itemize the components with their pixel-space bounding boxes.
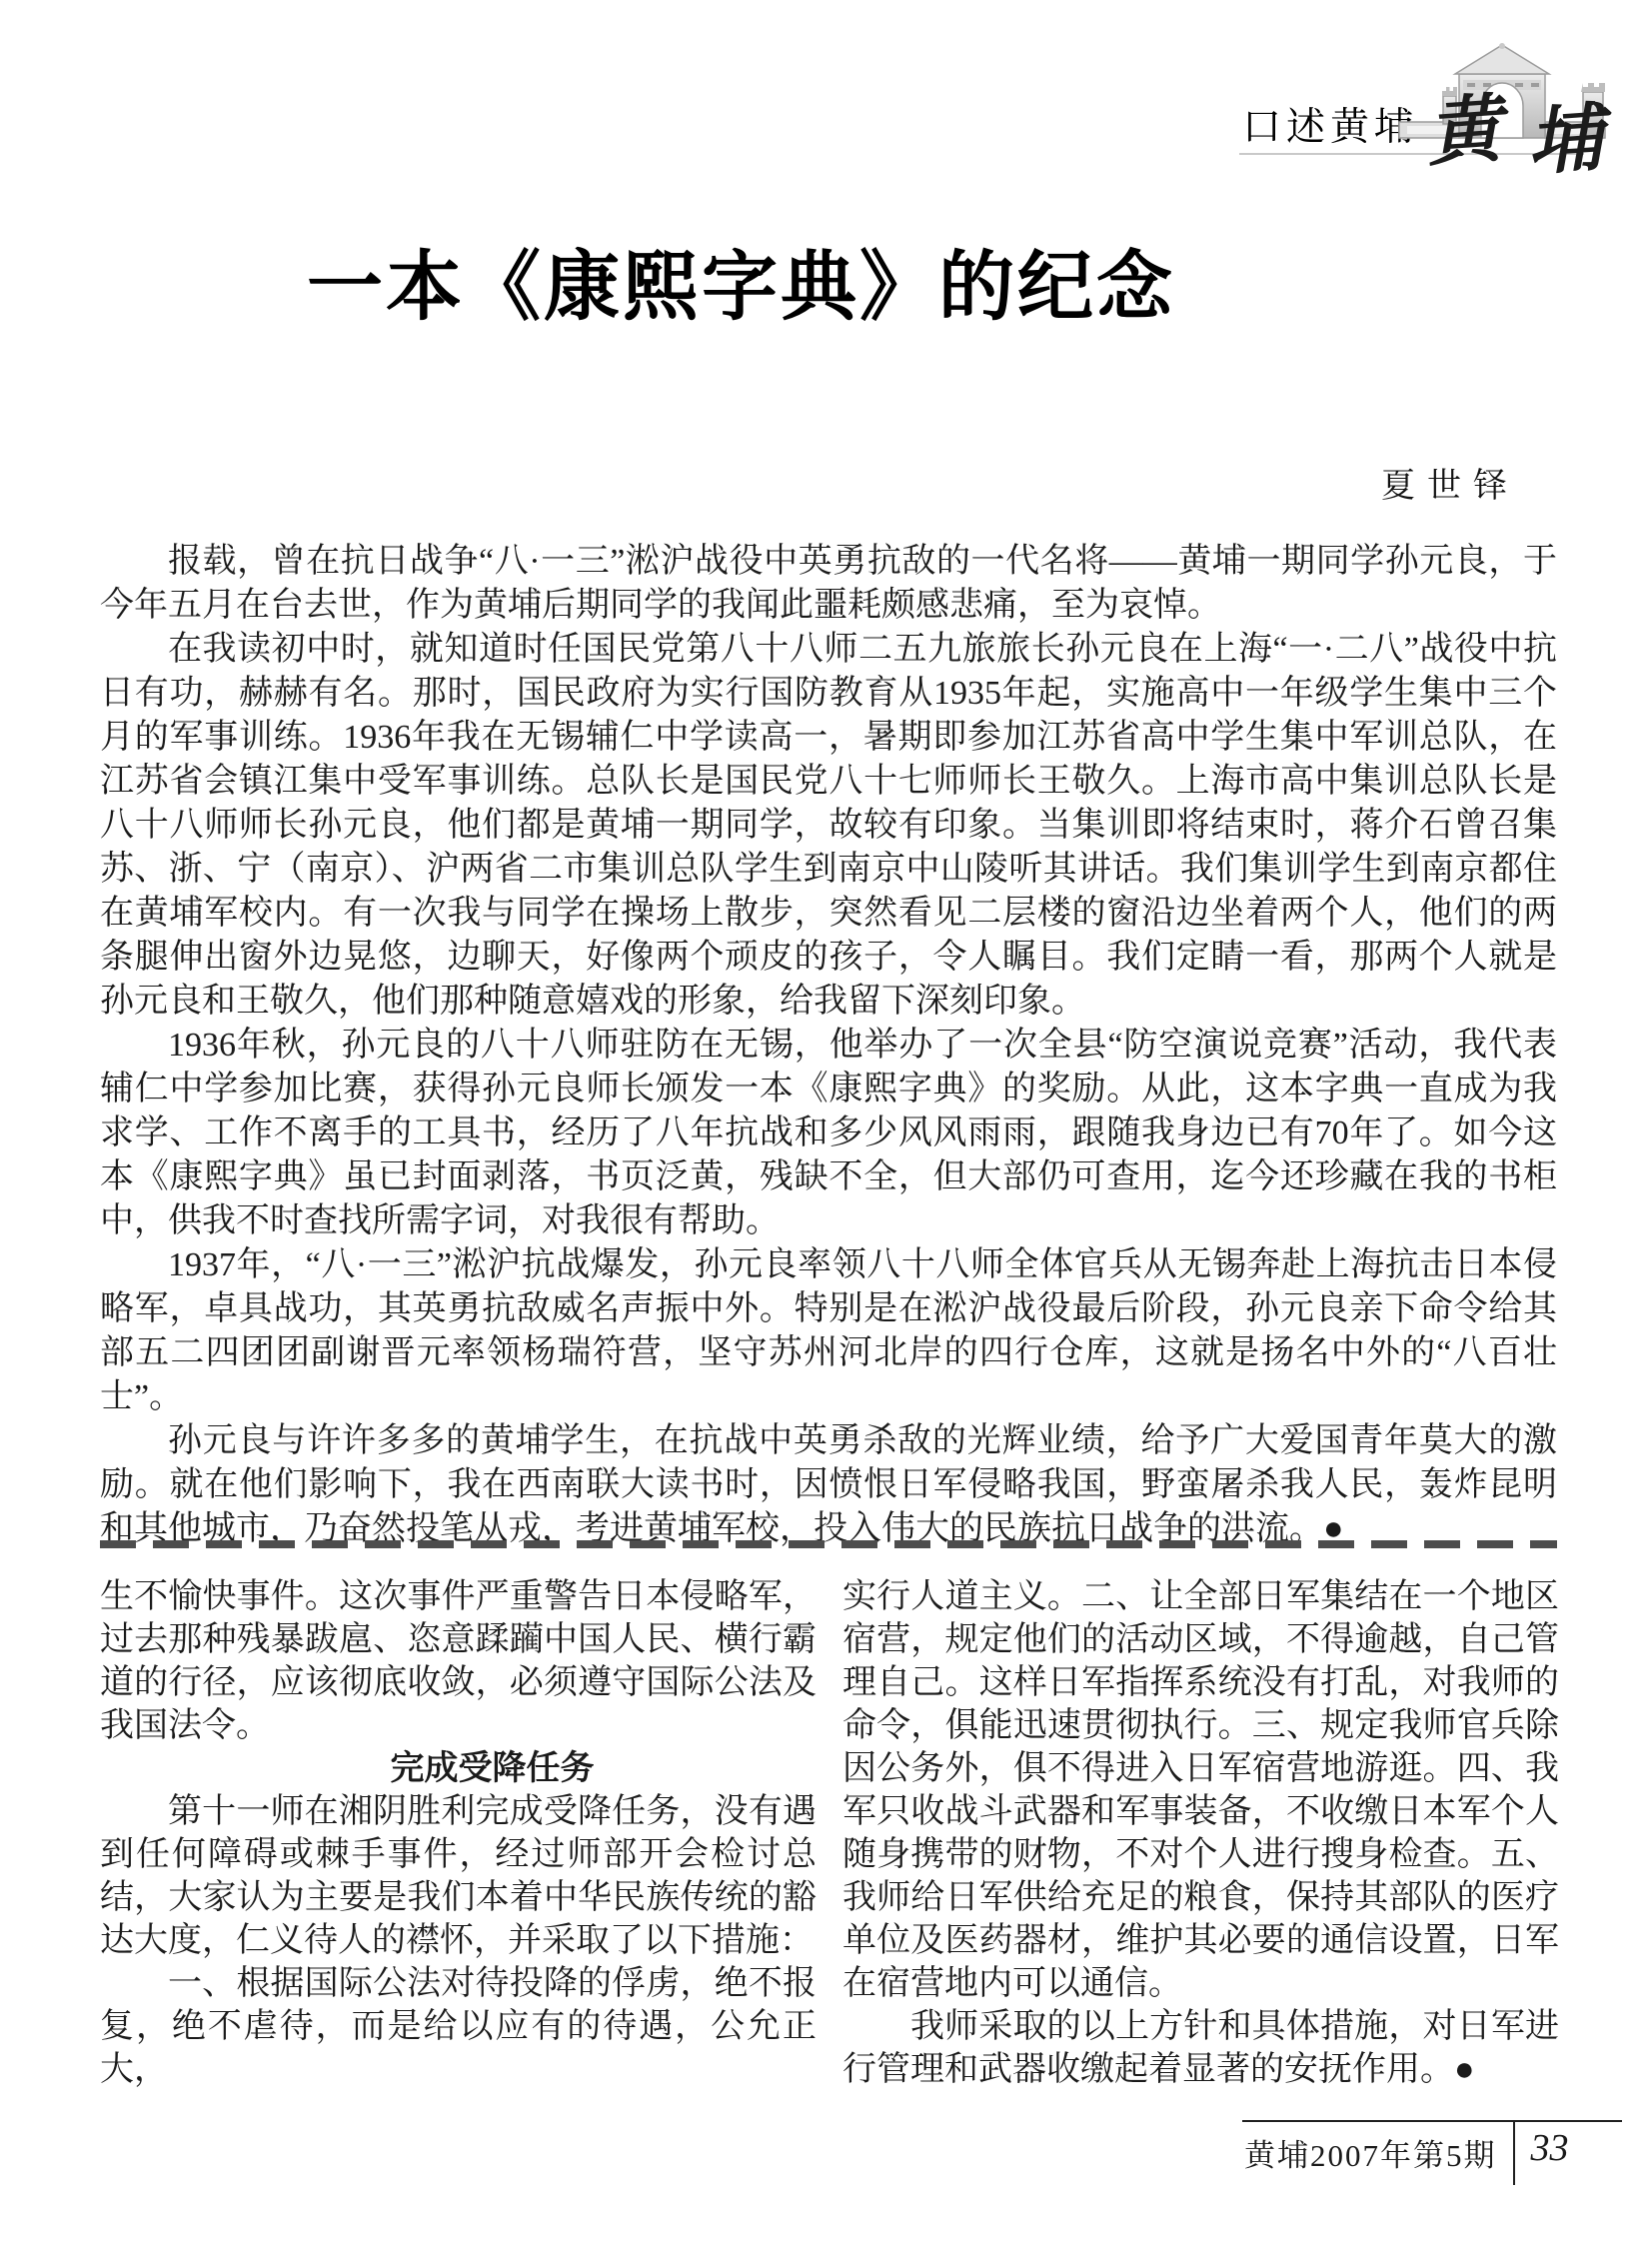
column-paragraph: 我师采取的以上方针和具体措施，对日军进行管理和武器收缴起着显著的安抚作用。● (842, 2005, 1559, 2091)
article-title: 一本《康熙字典》的纪念 (0, 241, 1652, 336)
subhead: 完成受降任务 (100, 1747, 817, 1790)
body-paragraph: 孙元良与许许多多的黄埔学生，在抗战中英勇杀敌的光辉业绩，给予广大爱国青年莫大的激… (100, 1419, 1557, 1551)
continued-paragraph: 实行人道主义。二、让全部日军集结在一个地区宿营，规定他们的活动区域，不得逾越，自… (842, 1575, 1559, 2005)
magazine-page: 口述黄埔 (0, 0, 1652, 2243)
author-name: 夏世铎 (1381, 458, 1519, 507)
right-column: 实行人道主义。二、让全部日军集结在一个地区宿营，规定他们的活动区域，不得逾越，自… (842, 1575, 1559, 2091)
journal-issue: 黄埔2007年第5期 (1242, 2122, 1513, 2185)
body-paragraph: 1937年，“八·一三”淞沪抗战爆发，孙元良率领八十八师全体官兵从无锡奔赴上海抗… (100, 1243, 1557, 1419)
page-footer: 黄埔2007年第5期 33 (1242, 2120, 1622, 2185)
body-paragraph: 1936年秋，孙元良的八十八师驻防在无锡，他举办了一次全县“防空演说竞赛”活动，… (100, 1024, 1557, 1243)
masthead: 口述黄埔 (0, 0, 1652, 230)
logo-char: 黄 (1424, 89, 1504, 176)
left-column: 生不愉快事件。这次事件严重警告日本侵略军，过去那种残暴跋扈、恣意蹂躏中国人民、横… (100, 1575, 817, 2091)
article-body: 报载，曾在抗日战争“八·一三”淞沪战役中英勇抗敌的一代名将——黄埔一期同学孙元良… (100, 540, 1557, 1551)
logo-char: 埔 (1526, 102, 1605, 181)
logo-calligraphy: 黄埔 (1425, 86, 1604, 172)
dashed-divider (100, 1540, 1557, 1548)
body-paragraph: 在我读初中时，就知道时任国民党第八十八师二五九旅旅长孙元良在上海“一·二八”战役… (100, 628, 1557, 1024)
continuation-section: 生不愉快事件。这次事件严重警告日本侵略军，过去那种残暴跋扈、恣意蹂躏中国人民、横… (100, 1575, 1559, 2091)
section-label: 口述黄埔 (1242, 108, 1418, 147)
column-paragraph: 一、根据国际公法对待投降的俘虏，绝不报复，绝不虐待，而是给以应有的待遇，公允正大… (100, 1962, 817, 2091)
column-paragraph: 第十一师在湘阴胜利完成受降任务，没有遇到任何障碍或棘手事件，经过师部开会检讨总结… (100, 1790, 817, 1962)
body-paragraph: 报载，曾在抗日战争“八·一三”淞沪战役中英勇抗敌的一代名将——黄埔一期同学孙元良… (100, 540, 1557, 628)
page-number: 33 (1515, 2122, 1569, 2185)
continued-paragraph: 生不愉快事件。这次事件严重警告日本侵略军，过去那种残暴跋扈、恣意蹂躏中国人民、横… (100, 1575, 817, 1747)
